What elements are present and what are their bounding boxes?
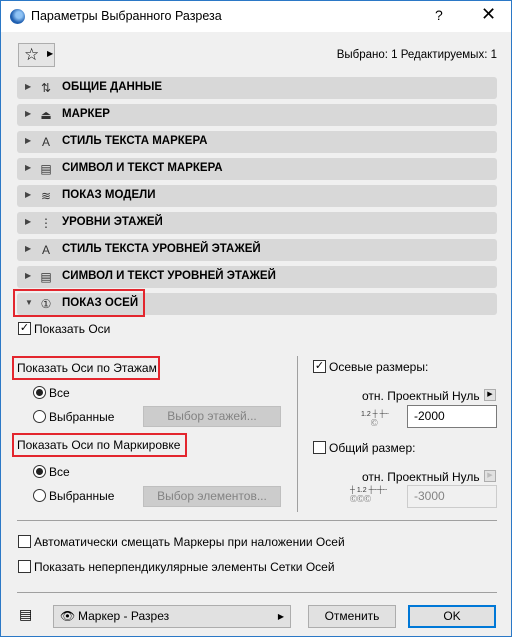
marker-icon: ⏏ [37,107,55,123]
symbol-text-icon: ▤ [37,161,55,177]
panel-label: СТИЛЬ ТЕКСТА МАРКЕРА [62,135,207,147]
overall-dimension-checkbox[interactable] [313,441,326,454]
panel-label: СТИЛЬ ТЕКСТА УРОВНЕЙ ЭТАЖЕЙ [62,243,261,255]
panel-label: УРОВНИ ЭТАЖЕЙ [62,216,163,228]
axis-reference-menu-button[interactable]: ▶ [484,389,496,401]
overall-reference-menu-button[interactable]: ▶ [484,470,496,482]
help-button[interactable]: ? [435,7,443,23]
axis-dimension-icon: 1.2 ┼ ┼┄ Ⓒ [361,410,389,428]
by-marker-all-radio[interactable] [33,465,46,478]
select-stories-button[interactable]: Выбор этажей... [143,406,281,427]
panel-4[interactable]: ▶≋ПОКАЗ МОДЕЛИ [17,185,497,207]
non-perpendicular-checkbox[interactable] [18,560,31,573]
chevron-right-icon: ▶ [25,163,31,172]
chevron-right-icon: ▶ [25,82,31,91]
window-title: Параметры Выбранного Разреза [31,9,222,23]
panel-label: МАРКЕР [62,108,110,120]
by-story-all-radio[interactable] [33,386,46,399]
panel-label: ПОКАЗ МОДЕЛИ [62,189,156,201]
chevron-right-icon: ▶ [25,136,31,145]
divider [17,520,497,521]
by-story-selected-label: Выбранные [49,410,114,424]
favorites-button[interactable]: ☆ ▶ [18,43,55,67]
arrow-right-icon: ▶ [278,606,284,627]
panel-2[interactable]: ▶AСТИЛЬ ТЕКСТА МАРКЕРА [17,131,497,153]
selection-info: Выбрано: 1 Редактируемых: 1 [337,49,497,61]
overall-reference-label: отн. Проектный Нуль [362,470,480,484]
chevron-right-icon: ▶ [25,109,31,118]
panel-6[interactable]: ▶AСТИЛЬ ТЕКСТА УРОВНЕЙ ЭТАЖЕЙ [17,239,497,261]
chevron-right-icon: ▶ [25,217,31,226]
panel-7[interactable]: ▶▤СИМВОЛ И ТЕКСТ УРОВНЕЙ ЭТАЖЕЙ [17,266,497,288]
axis-dimensions-label: Осевые размеры: [329,360,428,374]
model-display-icon: ≋ [37,188,55,204]
auto-offset-checkbox[interactable] [18,535,31,548]
panel-0[interactable]: ▶⇅ОБЩИЕ ДАННЫЕ [17,77,497,99]
layer-select[interactable]: 👁 Маркер - Разрез ▶ [53,605,291,628]
show-grids-checkbox[interactable]: ✓ [18,322,31,335]
select-elements-button[interactable]: Выбор элементов... [143,486,281,507]
by-marker-all-label: Все [49,465,70,479]
by-story-heading: Показать Оси по Этажам [17,361,157,375]
auto-offset-label: Автоматически смещать Маркеры при наложе… [34,535,345,549]
story-levels-icon: ⋮ [37,215,55,231]
cancel-button[interactable]: Отменить [308,605,396,628]
highlight-box [13,289,145,317]
vertical-divider [297,356,298,512]
divider [17,592,497,593]
close-button[interactable]: ✕ [481,4,496,25]
panel-label: СИМВОЛ И ТЕКСТ УРОВНЕЙ ЭТАЖЕЙ [62,270,276,282]
title-bar: Параметры Выбранного Разреза ? ✕ [1,1,511,32]
overall-dimension-icon: ┼ 1.2 ┼┄┼┄ⒸⒸⒸ [350,486,387,504]
panel-5[interactable]: ▶⋮УРОВНИ ЭТАЖЕЙ [17,212,497,234]
text-style-icon: A [37,134,55,150]
panel-label: ОБЩИЕ ДАННЫЕ [62,81,162,93]
star-icon: ☆ [24,45,39,65]
ok-button[interactable]: OK [408,605,496,628]
archicad-logo-icon [10,9,25,24]
panel-3[interactable]: ▶▤СИМВОЛ И ТЕКСТ МАРКЕРА [17,158,497,180]
by-story-selected-radio[interactable] [33,410,46,423]
overall-dimension-label: Общий размер: [329,441,415,455]
non-perpendicular-label: Показать неперпендикулярные элементы Сет… [34,560,335,574]
text-style-icon: A [37,242,55,258]
symbol-text-icon: ▤ [37,269,55,285]
chevron-right-icon: ▶ [25,271,31,280]
layer-select-value: Маркер - Разрез [78,609,169,623]
general-settings-icon: ⇅ [37,80,55,96]
dialog-window: Параметры Выбранного Разреза ? ✕ ☆ ▶ Выб… [0,0,512,637]
panel-1[interactable]: ▶⏏МАРКЕР [17,104,497,126]
chevron-right-icon: ▶ [25,244,31,253]
show-grids-label: Показать Оси [34,322,110,336]
by-marker-selected-radio[interactable] [33,489,46,502]
axis-reference-label: отн. Проектный Нуль [362,389,480,403]
by-marker-selected-label: Выбранные [49,489,114,503]
axis-dimensions-checkbox[interactable]: ✓ [313,360,326,373]
overall-dimension-input[interactable]: -3000 [407,485,497,508]
axis-dimension-input[interactable]: -2000 [407,405,497,428]
arrow-right-icon: ▶ [47,49,53,58]
eye-icon: 👁 [60,606,75,627]
by-marker-heading: Показать Оси по Маркировке [17,438,180,452]
by-story-all-label: Все [49,386,70,400]
panel-label: СИМВОЛ И ТЕКСТ МАРКЕРА [62,162,223,174]
chevron-right-icon: ▶ [25,190,31,199]
layers-icon: ▤ [19,606,32,623]
